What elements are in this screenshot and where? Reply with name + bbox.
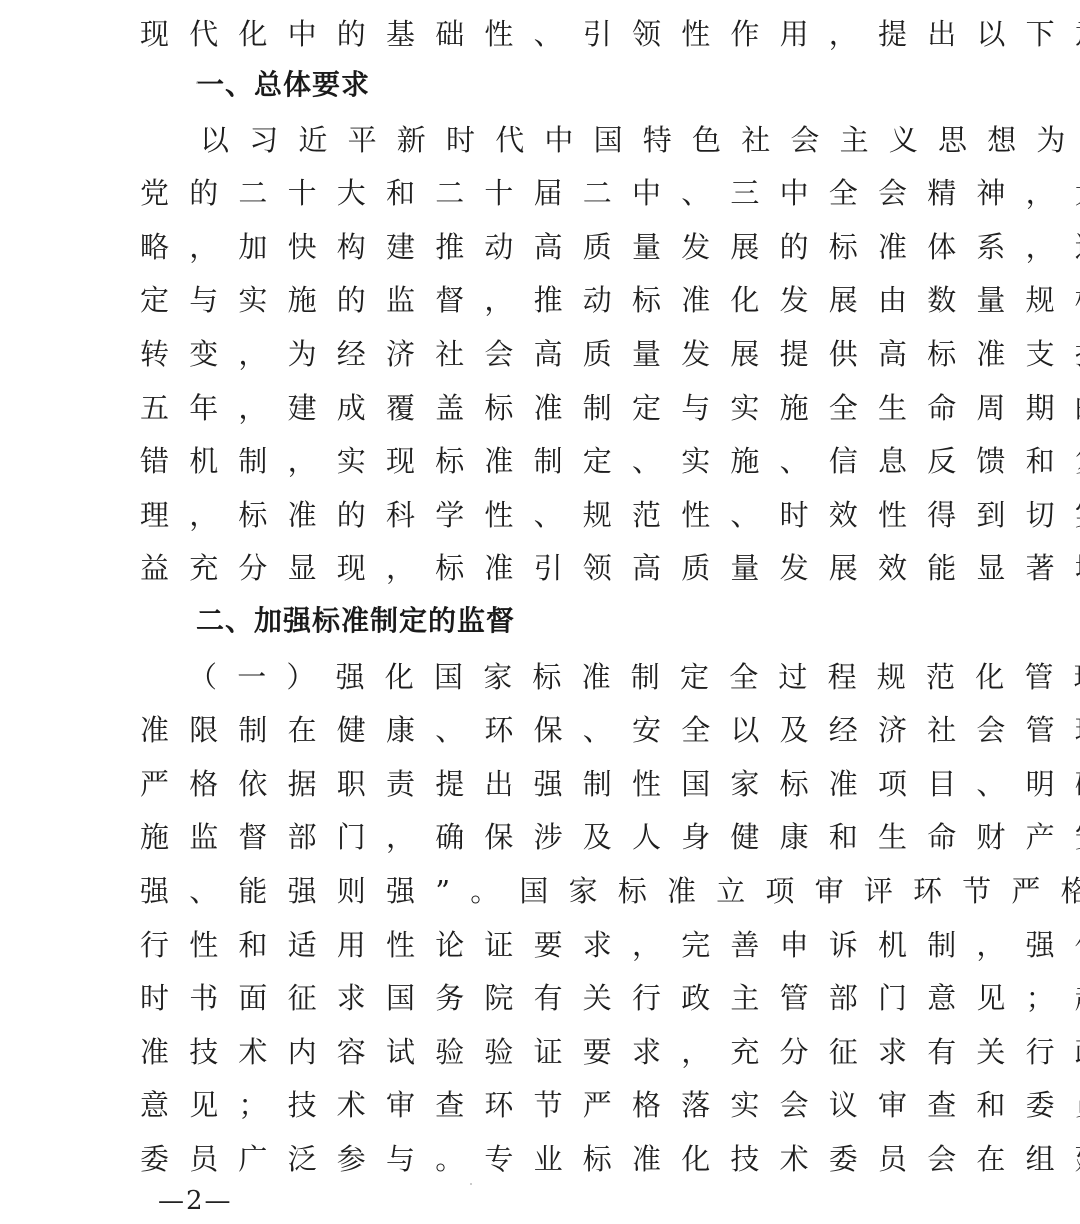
body-text-line: 强、能强则强”。国家标准立项审评环节严格落实标准必要性、可 xyxy=(140,871,942,911)
body-text-line: 准技术内容试验验证要求，充分征求有关行政主管部门和相关方 xyxy=(140,1032,942,1072)
section-heading-standard-setting-supervision: 二、加强标准制定的监督 xyxy=(196,601,515,641)
scan-speck xyxy=(470,1183,472,1185)
body-text-line: 意见；技术审查环节严格落实会议审查和委员投票要求，确保全体 xyxy=(140,1085,942,1125)
body-text-line: 准限制在健康、环保、安全以及经济社会管理基本需要的范围内， xyxy=(140,710,942,750)
body-text-line: 五年，建成覆盖标准制定与实施全生命周期的追溯、监督和纠 xyxy=(140,388,942,428)
body-text-line: 严格依据职责提出强制性国家标准项目、明确法律法规依据和实 xyxy=(140,764,942,804)
body-text-line: 转变，为经济社会高质量发展提供高标准支撑。力争到二〇三 xyxy=(140,334,942,374)
body-text-line: 略，加快构建推动高质量发展的标准体系，通过加强对标准制 xyxy=(140,227,942,267)
body-text-line: 错机制，实现标准制定、实施、信息反馈和复审修订的闭环管 xyxy=(140,441,942,481)
body-text-line: （一）强化国家标准制定全过程规范化管理。严格将强制性标 xyxy=(188,657,942,697)
body-text-line: 益充分显现，标准引领高质量发展效能显著增强。 xyxy=(140,548,942,588)
section-heading-general-requirements: 一、总体要求 xyxy=(196,65,370,105)
page-number: —2— xyxy=(158,1185,233,1217)
body-text-line: 委员广泛参与。专业标准化技术委员会在组建标准起草工作组和 xyxy=(140,1139,942,1179)
body-text-line: 行性和适用性论证要求，完善申诉机制，强化立项意见协调，必要 xyxy=(140,925,942,965)
document-page: 现代化中的基础性、引领性作用，提出以下意见。 一、总体要求 以习近平新时代中国特… xyxy=(0,0,1080,1224)
body-text-line: 时书面征求国务院有关行政主管部门意见；起草环节严格落实标 xyxy=(140,978,942,1018)
body-text-line: 施监督部门，确保涉及人身健康和生命财产安全的标准“应强尽 xyxy=(140,817,942,857)
body-text-line: 现代化中的基础性、引领性作用，提出以下意见。 xyxy=(140,14,942,54)
body-text-line: 以习近平新时代中国特色社会主义思想为指导，全面贯彻 xyxy=(200,120,942,160)
body-text-line: 党的二十大和二十届二中、三中全会精神，大力实施标准化战 xyxy=(140,173,942,213)
scan-speck xyxy=(196,82,198,84)
body-text-line: 理，标准的科学性、规范性、时效性得到切实提高，标准实施效 xyxy=(140,495,942,535)
body-text-line: 定与实施的监督，推动标准化发展由数量规模型向质量效益型 xyxy=(140,280,942,320)
